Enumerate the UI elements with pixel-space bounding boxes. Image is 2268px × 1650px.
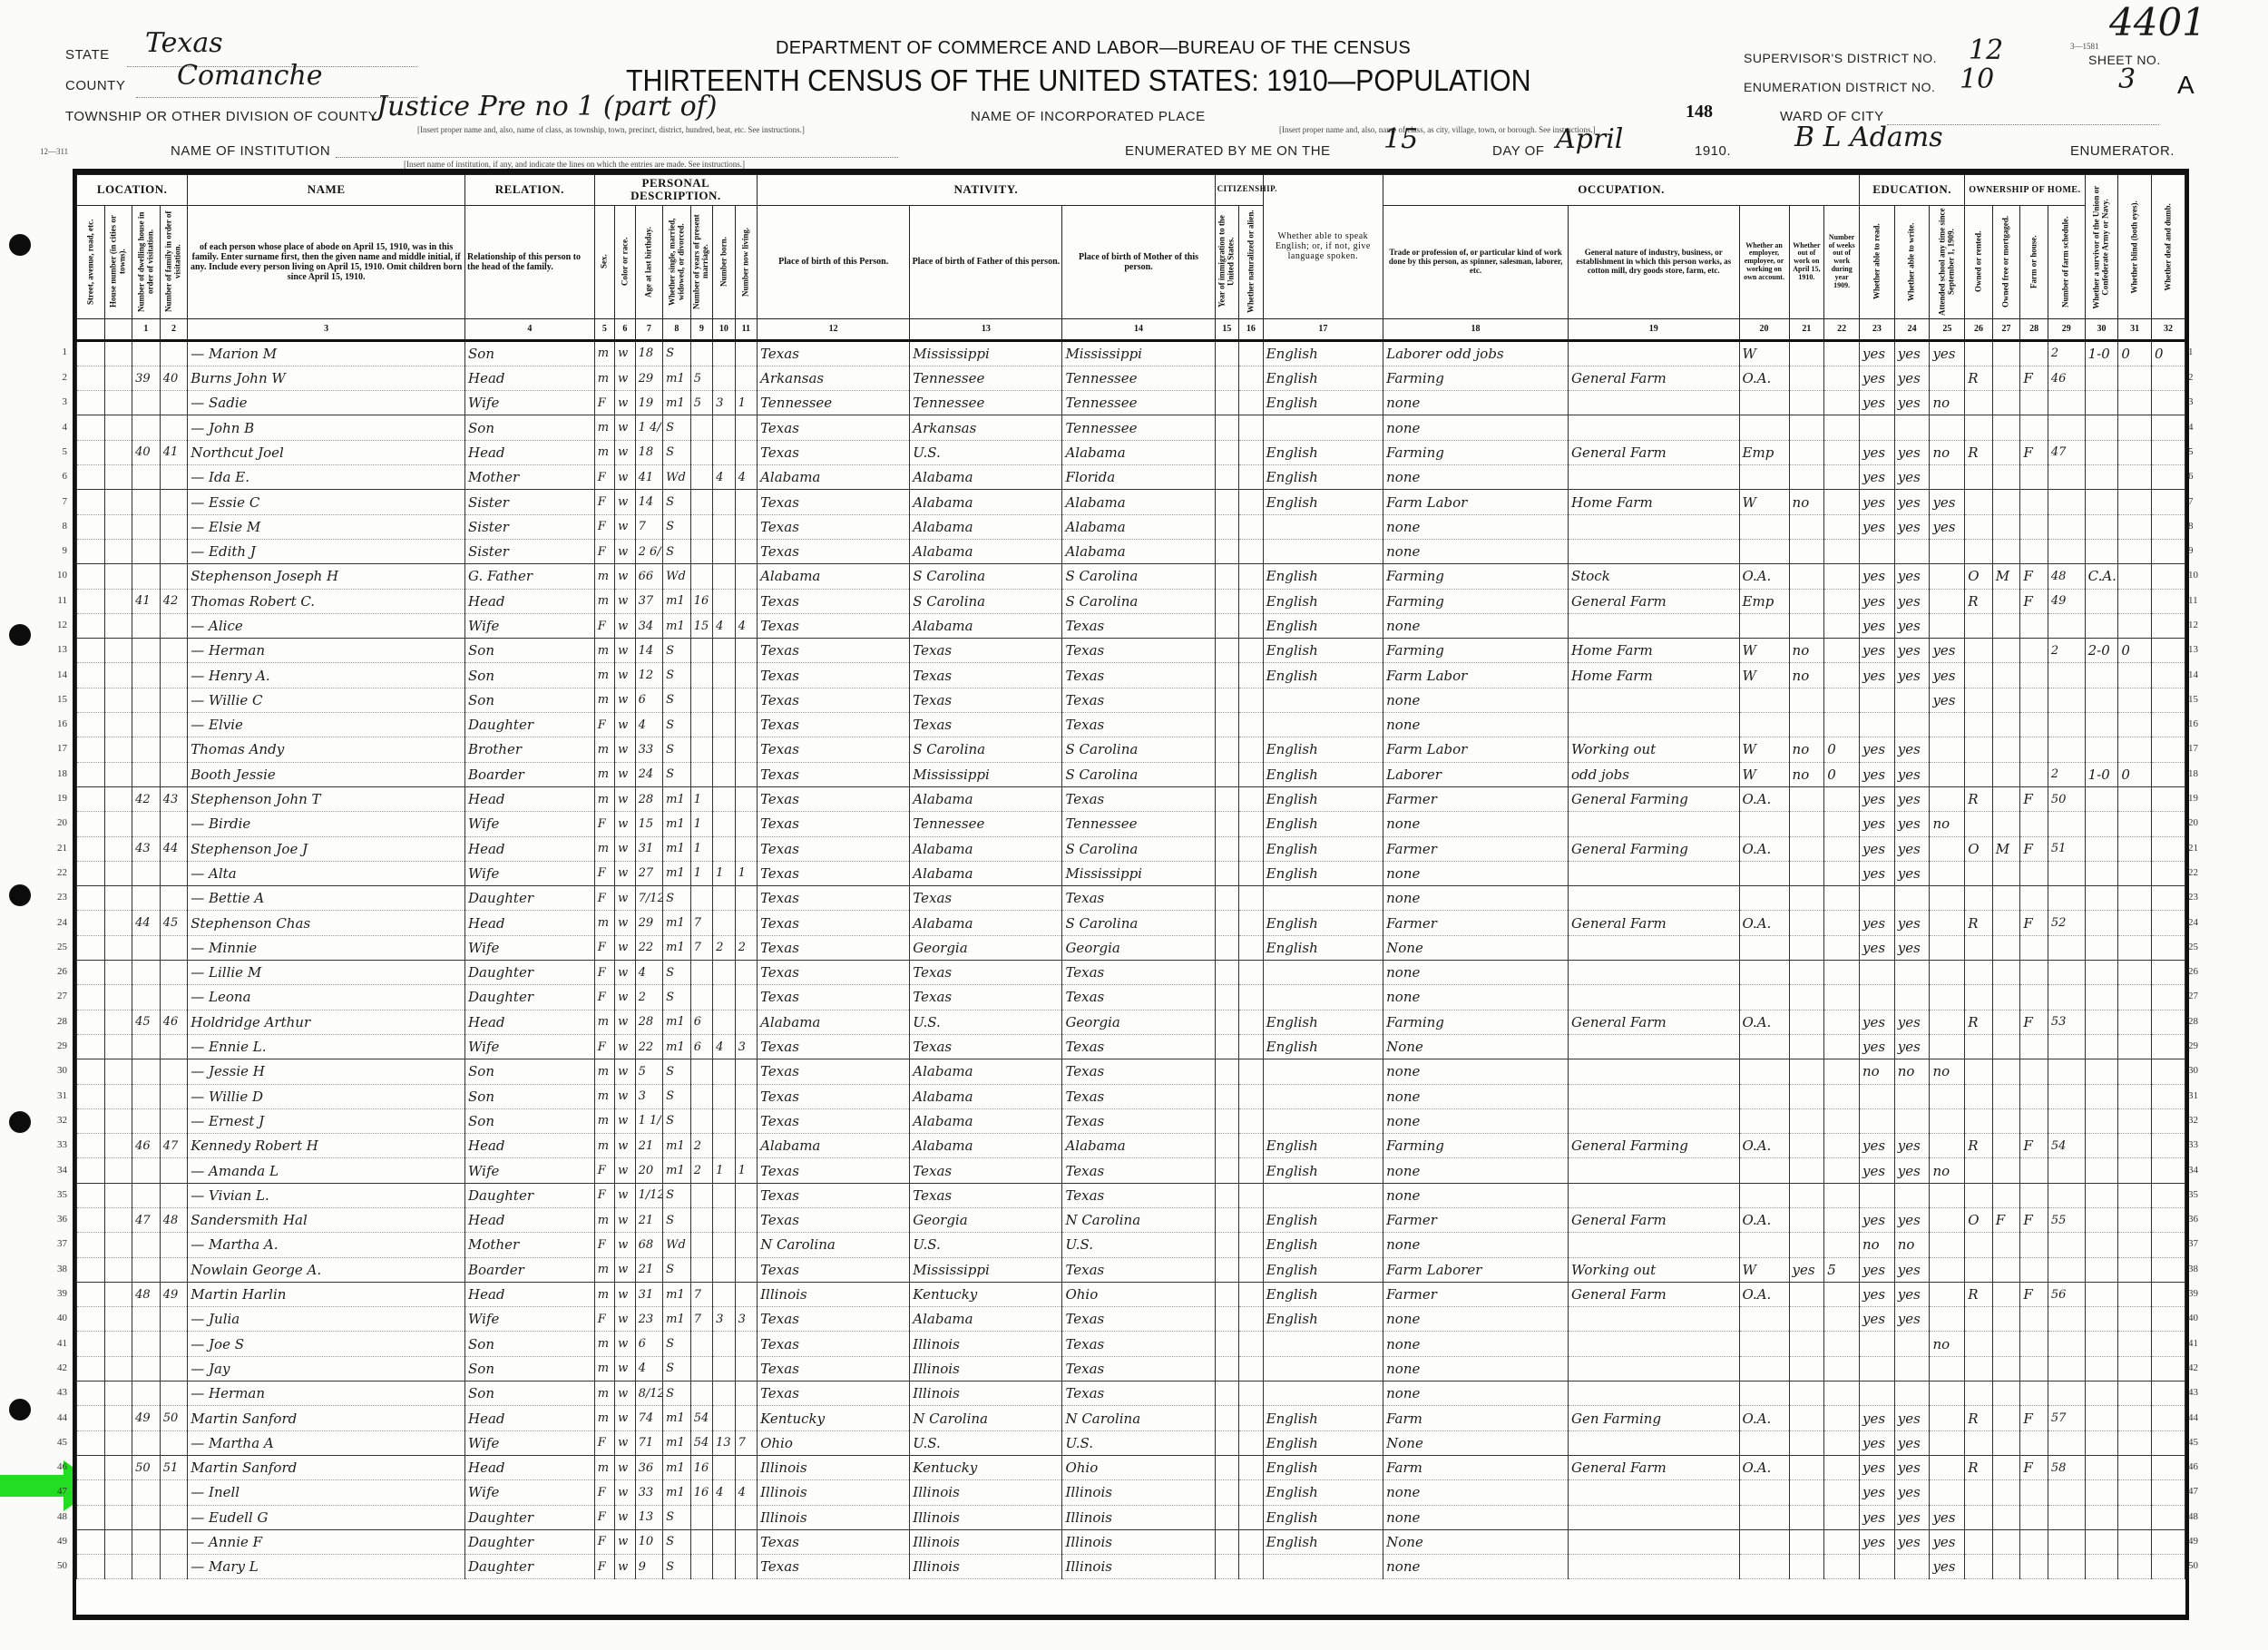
attended-school: yes bbox=[1930, 340, 1965, 366]
header-farm-schedule: Number of farm schedule. bbox=[2048, 205, 2085, 318]
children-living bbox=[735, 1406, 758, 1430]
mortgage bbox=[1992, 1455, 2020, 1479]
age: 37 bbox=[635, 589, 663, 613]
industry: General Farm bbox=[1568, 440, 1739, 464]
age: 24 bbox=[635, 762, 663, 786]
blind bbox=[2118, 564, 2152, 589]
relationship: Son bbox=[465, 663, 595, 688]
mortgage bbox=[1992, 340, 2020, 366]
race: w bbox=[615, 812, 635, 836]
person-name: Martin Harlin bbox=[188, 1282, 465, 1306]
naturalization bbox=[1239, 961, 1264, 985]
trade: Farm Labor bbox=[1383, 663, 1569, 688]
birthplace-person: Texas bbox=[758, 1108, 910, 1133]
employment-class bbox=[1739, 1183, 1789, 1207]
naturalization bbox=[1239, 1084, 1264, 1108]
family-number: 44 bbox=[160, 836, 188, 861]
children-living bbox=[735, 1555, 758, 1579]
farm-schedule bbox=[2048, 415, 2085, 440]
language: English bbox=[1263, 1134, 1383, 1158]
header-farm-house: Farm or house. bbox=[2020, 205, 2048, 318]
marital-status: S bbox=[663, 514, 691, 539]
race: w bbox=[615, 1356, 635, 1381]
weeks-out bbox=[1824, 1406, 1860, 1430]
binding-hole bbox=[9, 1399, 31, 1421]
location-blank bbox=[104, 1183, 132, 1207]
deaf bbox=[2152, 415, 2185, 440]
owned-rented: R bbox=[1965, 1282, 1993, 1306]
blind: 0 bbox=[2118, 639, 2152, 663]
blind bbox=[2118, 786, 2152, 811]
industry: Working out bbox=[1568, 1257, 1739, 1282]
line-number: 29 bbox=[2188, 1040, 2215, 1051]
farm-house bbox=[2020, 861, 2048, 885]
header-read: Whether able to read. bbox=[1860, 205, 1895, 318]
blind bbox=[2118, 1307, 2152, 1332]
weeks-out bbox=[1824, 1332, 1860, 1356]
location-blank bbox=[104, 886, 132, 911]
birthplace-father: Alabama bbox=[910, 911, 1062, 935]
can-read: yes bbox=[1860, 786, 1895, 811]
weeks-out bbox=[1824, 1207, 1860, 1232]
dwelling-number bbox=[132, 961, 161, 985]
can-write bbox=[1894, 688, 1930, 712]
person-name: — Mary L bbox=[188, 1555, 465, 1579]
employment-class bbox=[1739, 1158, 1789, 1183]
birthplace-mother: Illinois bbox=[1062, 1529, 1215, 1554]
deaf bbox=[2152, 490, 2185, 514]
trade: None bbox=[1383, 1430, 1569, 1455]
birthplace-mother: S Carolina bbox=[1062, 589, 1215, 613]
birthplace-person: Tennessee bbox=[758, 391, 910, 415]
employment-class: O.A. bbox=[1739, 1455, 1789, 1479]
marital-status: S bbox=[663, 639, 691, 663]
township-note: [Insert proper name and, also, name of c… bbox=[417, 125, 805, 134]
relationship: Daughter bbox=[465, 1529, 595, 1554]
birthplace-mother: Ohio bbox=[1062, 1282, 1215, 1306]
column-number: 18 bbox=[1383, 318, 1569, 340]
employment-class bbox=[1739, 1480, 1789, 1505]
employment-class: W bbox=[1739, 663, 1789, 688]
owned-rented bbox=[1965, 391, 1993, 415]
immigration-year bbox=[1215, 1158, 1239, 1183]
owned-rented: R bbox=[1965, 1406, 1993, 1430]
language: English bbox=[1263, 440, 1383, 464]
age: 34 bbox=[635, 613, 663, 638]
birthplace-father: S Carolina bbox=[910, 564, 1062, 589]
birthplace-mother: U.S. bbox=[1062, 1233, 1215, 1257]
family-number bbox=[160, 465, 188, 490]
column-number: 27 bbox=[1992, 318, 2020, 340]
immigration-year bbox=[1215, 1207, 1239, 1232]
veteran bbox=[2085, 1084, 2118, 1108]
sex: m bbox=[594, 1059, 614, 1084]
dwelling-number bbox=[132, 539, 161, 563]
sex: m bbox=[594, 786, 614, 811]
family-number bbox=[160, 688, 188, 712]
employment-class bbox=[1739, 465, 1789, 490]
relationship: Daughter bbox=[465, 886, 595, 911]
location-blank bbox=[104, 737, 132, 762]
relationship: Daughter bbox=[465, 1505, 595, 1529]
deaf bbox=[2152, 1010, 2185, 1034]
birthplace-person: Texas bbox=[758, 713, 910, 737]
can-read: yes bbox=[1860, 465, 1895, 490]
county-label: County bbox=[65, 78, 125, 93]
can-read: yes bbox=[1860, 663, 1895, 688]
location-blank bbox=[77, 861, 105, 885]
trade: none bbox=[1383, 465, 1569, 490]
deaf bbox=[2152, 1356, 2185, 1381]
family-number bbox=[160, 1059, 188, 1084]
children-born bbox=[713, 1108, 735, 1133]
naturalization bbox=[1239, 415, 1264, 440]
can-write bbox=[1894, 1555, 1930, 1579]
language: English bbox=[1263, 1158, 1383, 1183]
location-blank bbox=[77, 465, 105, 490]
years-married: 16 bbox=[690, 1480, 712, 1505]
enumerated-month: April bbox=[1556, 123, 1623, 155]
age: 28 bbox=[635, 786, 663, 811]
blind bbox=[2118, 911, 2152, 935]
birthplace-father: U.S. bbox=[910, 1010, 1062, 1034]
attended-school bbox=[1930, 589, 1965, 613]
children-living: 1 bbox=[735, 391, 758, 415]
mortgage: M bbox=[1992, 836, 2020, 861]
family-number: 45 bbox=[160, 911, 188, 935]
farm-house: F bbox=[2020, 1010, 2048, 1034]
line-number: 47 bbox=[2188, 1486, 2215, 1497]
years-married bbox=[690, 1207, 712, 1232]
dwelling-number bbox=[132, 514, 161, 539]
person-name: — Martha A bbox=[188, 1430, 465, 1455]
group-education: EDUCATION. bbox=[1860, 175, 1965, 206]
blind bbox=[2118, 861, 2152, 885]
sex: m bbox=[594, 663, 614, 688]
attended-school bbox=[1930, 1207, 1965, 1232]
race: w bbox=[615, 415, 635, 440]
trade: none bbox=[1383, 1480, 1569, 1505]
out-of-work bbox=[1789, 1430, 1824, 1455]
children-born bbox=[713, 415, 735, 440]
can-read: no bbox=[1860, 1059, 1895, 1084]
employment-class bbox=[1739, 1332, 1789, 1356]
marital-status: S bbox=[663, 340, 691, 366]
children-born bbox=[713, 440, 735, 464]
birthplace-mother: S Carolina bbox=[1062, 762, 1215, 786]
years-married bbox=[690, 639, 712, 663]
family-number bbox=[160, 1158, 188, 1183]
employment-class: O.A. bbox=[1739, 836, 1789, 861]
out-of-work bbox=[1789, 415, 1824, 440]
sex: m bbox=[594, 564, 614, 589]
relationship: Daughter bbox=[465, 985, 595, 1010]
naturalization bbox=[1239, 639, 1264, 663]
deaf bbox=[2152, 1108, 2185, 1133]
years-married: 15 bbox=[690, 613, 712, 638]
industry bbox=[1568, 1529, 1739, 1554]
children-living bbox=[735, 737, 758, 762]
children-born bbox=[713, 1207, 735, 1232]
dwelling-number bbox=[132, 1529, 161, 1554]
children-living bbox=[735, 1233, 758, 1257]
age: 8/12 bbox=[635, 1382, 663, 1406]
table-row: 3940Burns John WHeadmw29m15ArkansasTenne… bbox=[77, 366, 2185, 390]
person-name: — Elsie M bbox=[188, 514, 465, 539]
person-name: — Amanda L bbox=[188, 1158, 465, 1183]
trade: Farm Laborer bbox=[1383, 1257, 1569, 1282]
person-name: — John B bbox=[188, 415, 465, 440]
weeks-out bbox=[1824, 1134, 1860, 1158]
birthplace-person: Texas bbox=[758, 1257, 910, 1282]
veteran bbox=[2085, 1529, 2118, 1554]
attended-school bbox=[1930, 1382, 1965, 1406]
person-name: Stephenson John T bbox=[188, 786, 465, 811]
out-of-work bbox=[1789, 1158, 1824, 1183]
children-living bbox=[735, 1084, 758, 1108]
employment-class bbox=[1739, 1505, 1789, 1529]
mortgage bbox=[1992, 1034, 2020, 1059]
line-number: 14 bbox=[36, 669, 67, 680]
industry: General Farm bbox=[1568, 1207, 1739, 1232]
employment-class bbox=[1739, 1059, 1789, 1084]
sex: F bbox=[594, 935, 614, 960]
location-blank bbox=[104, 1356, 132, 1381]
line-number: 43 bbox=[2188, 1387, 2215, 1398]
owned-rented bbox=[1965, 1034, 1993, 1059]
birthplace-person: Texas bbox=[758, 490, 910, 514]
trade: none bbox=[1383, 886, 1569, 911]
person-name: — Lillie M bbox=[188, 961, 465, 985]
blind bbox=[2118, 1183, 2152, 1207]
industry bbox=[1568, 1332, 1739, 1356]
farm-house: F bbox=[2020, 440, 2048, 464]
race: w bbox=[615, 539, 635, 563]
industry bbox=[1568, 961, 1739, 985]
industry bbox=[1568, 514, 1739, 539]
farm-house bbox=[2020, 737, 2048, 762]
birthplace-father: Alabama bbox=[910, 786, 1062, 811]
out-of-work bbox=[1789, 713, 1824, 737]
children-living bbox=[735, 1183, 758, 1207]
blind bbox=[2118, 1257, 2152, 1282]
weeks-out bbox=[1824, 886, 1860, 911]
immigration-year bbox=[1215, 440, 1239, 464]
header-industry: General nature of industry, business, or… bbox=[1568, 205, 1739, 318]
incorporated-place-note: [Insert proper name and, also, name of c… bbox=[1279, 125, 1596, 134]
employment-class: Emp bbox=[1739, 440, 1789, 464]
children-living bbox=[735, 1010, 758, 1034]
industry bbox=[1568, 812, 1739, 836]
weeks-out bbox=[1824, 1034, 1860, 1059]
farm-house bbox=[2020, 886, 2048, 911]
farm-house bbox=[2020, 613, 2048, 638]
farm-schedule: 52 bbox=[2048, 911, 2085, 935]
race: w bbox=[615, 1455, 635, 1479]
farm-house bbox=[2020, 1084, 2048, 1108]
out-of-work: no bbox=[1789, 737, 1824, 762]
column-number: 25 bbox=[1930, 318, 1965, 340]
children-born bbox=[713, 1134, 735, 1158]
immigration-year bbox=[1215, 786, 1239, 811]
can-write bbox=[1894, 713, 1930, 737]
birthplace-father: Texas bbox=[910, 1158, 1062, 1183]
naturalization bbox=[1239, 1207, 1264, 1232]
blind bbox=[2118, 1455, 2152, 1479]
deaf bbox=[2152, 1282, 2185, 1306]
dwelling-number bbox=[132, 613, 161, 638]
person-name: Burns John W bbox=[188, 366, 465, 390]
dwelling-number bbox=[132, 1555, 161, 1579]
can-read: yes bbox=[1860, 490, 1895, 514]
industry bbox=[1568, 713, 1739, 737]
relationship: Sister bbox=[465, 539, 595, 563]
years-married bbox=[690, 886, 712, 911]
marital-status: m1 bbox=[663, 366, 691, 390]
family-number bbox=[160, 340, 188, 366]
location-blank bbox=[104, 1059, 132, 1084]
veteran bbox=[2085, 1207, 2118, 1232]
person-name: — Minnie bbox=[188, 935, 465, 960]
industry bbox=[1568, 465, 1739, 490]
table-row: — Annie FDaughterFw10STexasIllinoisIllin… bbox=[77, 1529, 2185, 1554]
binding-hole bbox=[9, 1111, 31, 1133]
race: w bbox=[615, 1010, 635, 1034]
person-name: — Herman bbox=[188, 639, 465, 663]
table-row: — ElvieDaughterFw4STexasTexasTexasnone bbox=[77, 713, 2185, 737]
marital-status: S bbox=[663, 762, 691, 786]
line-number: 44 bbox=[2188, 1412, 2215, 1423]
veteran bbox=[2085, 1134, 2118, 1158]
family-number bbox=[160, 1084, 188, 1108]
weeks-out bbox=[1824, 440, 1860, 464]
location-blank bbox=[77, 1307, 105, 1332]
deaf bbox=[2152, 1207, 2185, 1232]
years-married bbox=[690, 415, 712, 440]
deaf bbox=[2152, 961, 2185, 985]
attended-school bbox=[1930, 1084, 1965, 1108]
sex: m bbox=[594, 1332, 614, 1356]
naturalization bbox=[1239, 737, 1264, 762]
mortgage bbox=[1992, 886, 2020, 911]
person-name: — Ennie L. bbox=[188, 1034, 465, 1059]
line-number: 9 bbox=[2188, 545, 2215, 556]
weeks-out bbox=[1824, 812, 1860, 836]
birthplace-mother: Mississippi bbox=[1062, 340, 1215, 366]
owned-rented bbox=[1965, 713, 1993, 737]
line-number: 5 bbox=[36, 446, 67, 457]
line-number: 20 bbox=[2188, 817, 2215, 828]
person-name: — Annie F bbox=[188, 1529, 465, 1554]
children-born bbox=[713, 911, 735, 935]
years-married bbox=[690, 985, 712, 1010]
blind bbox=[2118, 1108, 2152, 1133]
line-number: 34 bbox=[36, 1165, 67, 1176]
naturalization bbox=[1239, 366, 1264, 390]
birthplace-father: U.S. bbox=[910, 440, 1062, 464]
farm-house bbox=[2020, 1233, 2048, 1257]
farm-schedule bbox=[2048, 1158, 2085, 1183]
deaf bbox=[2152, 985, 2185, 1010]
county-value: Comanche bbox=[177, 60, 323, 92]
naturalization bbox=[1239, 564, 1264, 589]
sex: F bbox=[594, 886, 614, 911]
enumerated-day: 15 bbox=[1383, 123, 1418, 155]
dwelling-number bbox=[132, 1307, 161, 1332]
veteran bbox=[2085, 514, 2118, 539]
weeks-out bbox=[1824, 1108, 1860, 1133]
can-read: yes bbox=[1860, 514, 1895, 539]
location-blank bbox=[77, 1134, 105, 1158]
attended-school: yes bbox=[1930, 1505, 1965, 1529]
birthplace-mother: Texas bbox=[1062, 1257, 1215, 1282]
mortgage bbox=[1992, 1084, 2020, 1108]
location-blank bbox=[104, 762, 132, 786]
birthplace-mother: S Carolina bbox=[1062, 564, 1215, 589]
sex: m bbox=[594, 762, 614, 786]
birthplace-father: Texas bbox=[910, 663, 1062, 688]
children-born: 1 bbox=[713, 861, 735, 885]
weeks-out bbox=[1824, 366, 1860, 390]
birthplace-father: Alabama bbox=[910, 613, 1062, 638]
attended-school: no bbox=[1930, 1332, 1965, 1356]
table-row: 4344Stephenson Joe JHeadmw31m11TexasAlab… bbox=[77, 836, 2185, 861]
trade: none bbox=[1383, 1555, 1569, 1579]
location-blank bbox=[104, 1158, 132, 1183]
birthplace-person: Illinois bbox=[758, 1505, 910, 1529]
employment-class bbox=[1739, 812, 1789, 836]
children-living: 3 bbox=[735, 1034, 758, 1059]
column-number: 14 bbox=[1062, 318, 1215, 340]
birthplace-mother: Texas bbox=[1062, 1108, 1215, 1133]
employment-class bbox=[1739, 1108, 1789, 1133]
language: English bbox=[1263, 391, 1383, 415]
deaf bbox=[2152, 713, 2185, 737]
veteran bbox=[2085, 861, 2118, 885]
mortgage bbox=[1992, 1134, 2020, 1158]
years-married: 6 bbox=[690, 1010, 712, 1034]
owned-rented: O bbox=[1965, 836, 1993, 861]
location-blank bbox=[77, 1207, 105, 1232]
industry: odd jobs bbox=[1568, 762, 1739, 786]
out-of-work bbox=[1789, 861, 1824, 885]
out-of-work bbox=[1789, 1382, 1824, 1406]
family-number: 51 bbox=[160, 1455, 188, 1479]
naturalization bbox=[1239, 514, 1264, 539]
age: 7 bbox=[635, 514, 663, 539]
employment-class bbox=[1739, 886, 1789, 911]
line-number: 46 bbox=[36, 1461, 67, 1472]
group-name: NAME bbox=[188, 175, 465, 206]
language: English bbox=[1263, 812, 1383, 836]
can-read: yes bbox=[1860, 589, 1895, 613]
group-ownership: OWNERSHIP OF HOME. bbox=[1965, 175, 2085, 206]
line-number: 42 bbox=[2188, 1362, 2215, 1373]
owned-rented bbox=[1965, 514, 1993, 539]
birthplace-person: Texas bbox=[758, 539, 910, 563]
location-blank bbox=[77, 911, 105, 935]
sex: F bbox=[594, 1505, 614, 1529]
line-number: 17 bbox=[36, 743, 67, 754]
sex: F bbox=[594, 514, 614, 539]
family-number: 40 bbox=[160, 366, 188, 390]
can-read: yes bbox=[1860, 1282, 1895, 1306]
sex: m bbox=[594, 1455, 614, 1479]
relationship: Wife bbox=[465, 935, 595, 960]
veteran bbox=[2085, 1233, 2118, 1257]
out-of-work bbox=[1789, 1505, 1824, 1529]
person-name: — Alta bbox=[188, 861, 465, 885]
